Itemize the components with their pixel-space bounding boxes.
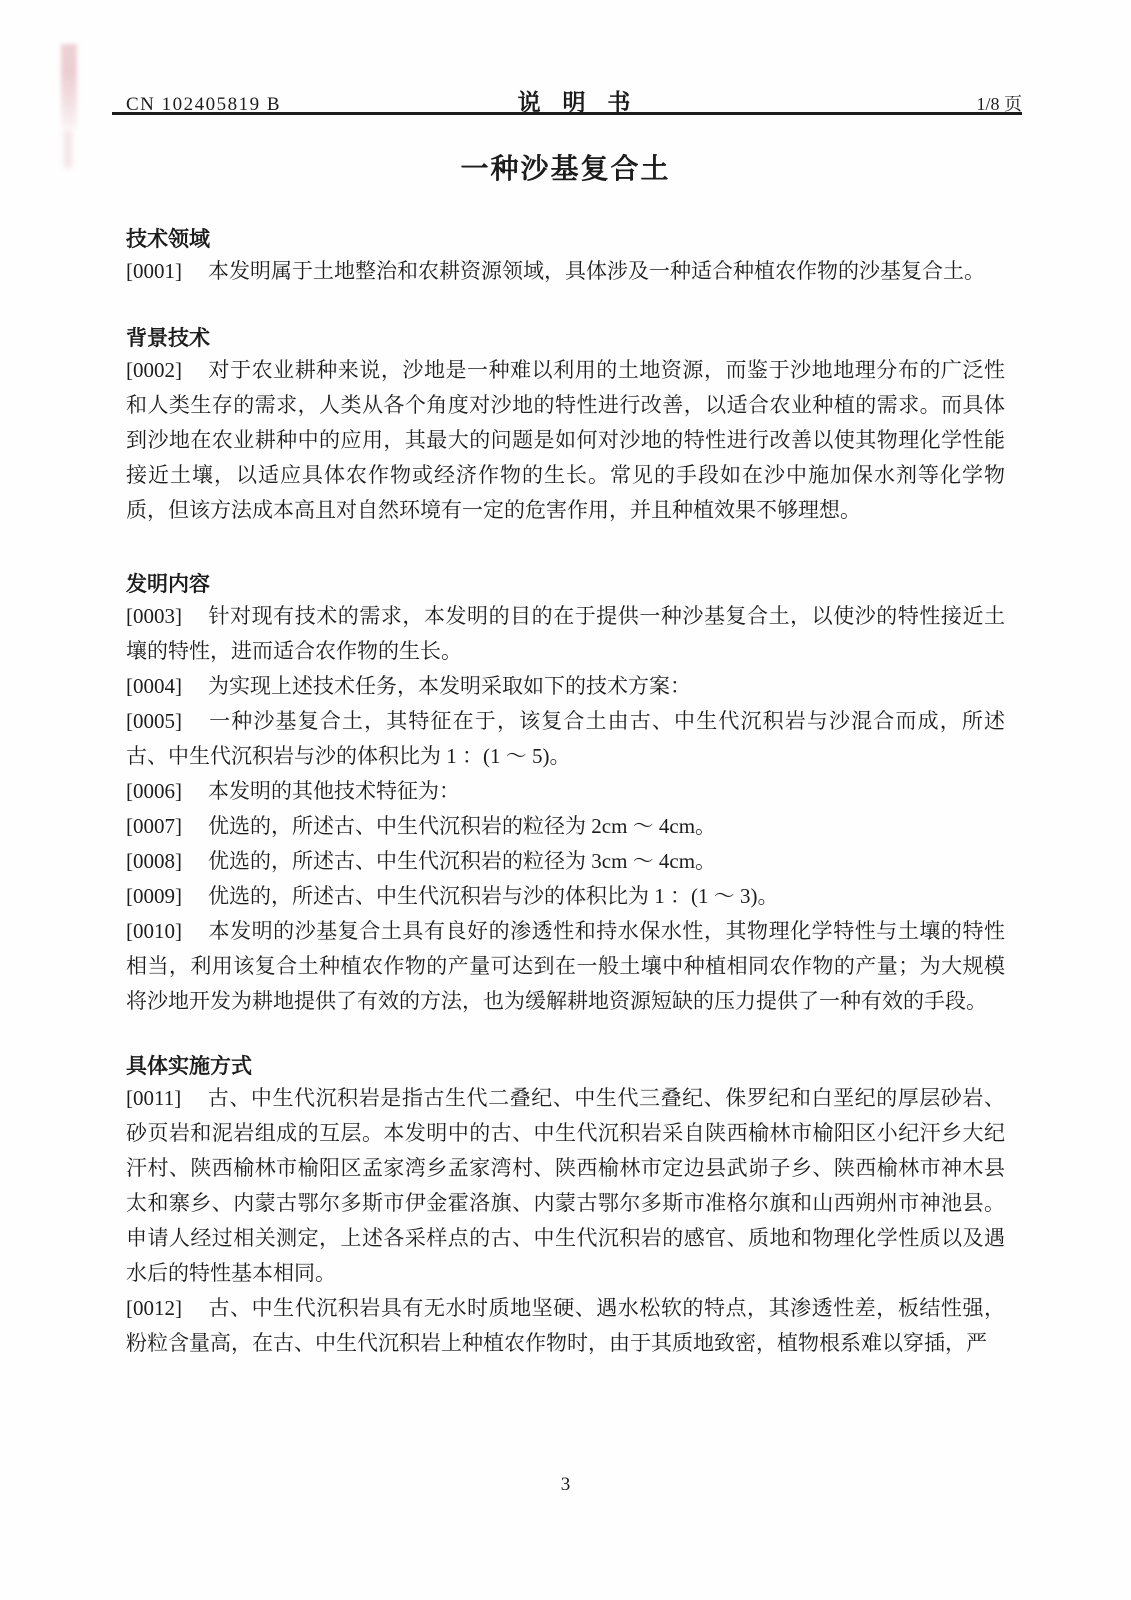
paragraph-text: 古、中生代沉积岩是指古生代二叠纪、中生代三叠纪、侏罗纪和白垩纪的厚层砂岩、砂页岩…: [126, 1086, 1005, 1285]
paragraph-number: [0012]: [126, 1296, 182, 1320]
paragraph-text: 为实现上述技术任务，本发明采取如下的技术方案：: [208, 674, 691, 698]
paragraph-number: [0009]: [126, 884, 182, 908]
header-rule: [112, 112, 1022, 115]
paragraph-number: [0002]: [126, 358, 182, 382]
paragraph-text: 对于农业耕种来说，沙地是一种难以利用的土地资源，而鉴于沙地地理分布的广泛性和人类…: [126, 358, 1005, 522]
paragraph-0004: [0004]为实现上述技术任务，本发明采取如下的技术方案：: [126, 669, 1005, 704]
section-heading-summary: 发明内容: [126, 571, 1005, 599]
paragraph-0009: [0009]优选的，所述古、中生代沉积岩与沙的体积比为 1 ：(1 ～ 3)。: [126, 879, 1005, 914]
paragraph-number: [0001]: [126, 259, 182, 283]
paragraph-0010: [0010]本发明的沙基复合土具有良好的渗透性和持水保水性，其物理化学特性与土壤…: [126, 914, 1005, 1019]
paragraph-text: 本发明的沙基复合土具有良好的渗透性和持水保水性，其物理化学特性与土壤的特性相当，…: [126, 919, 1005, 1013]
paragraph-text: 优选的，所述古、中生代沉积岩与沙的体积比为 1 ：(1 ～ 3)。: [208, 884, 778, 908]
paragraph-number: [0004]: [126, 674, 182, 698]
paragraph-0005: [0005]一种沙基复合土，其特征在于，该复合土由古、中生代沉积岩与沙混合而成，…: [126, 704, 1005, 774]
paragraph-0011: [0011]古、中生代沉积岩是指古生代二叠纪、中生代三叠纪、侏罗纪和白垩纪的厚层…: [126, 1081, 1005, 1291]
paragraph-text: 本发明的其他技术特征为：: [208, 779, 460, 803]
section-heading-embodiments: 具体实施方式: [126, 1053, 1005, 1081]
specification-body: 技术领域 [0001]本发明属于土地整治和农耕资源领域，具体涉及一种适合种植农作…: [126, 226, 1005, 1361]
paragraph-text: 优选的，所述古、中生代沉积岩的粒径为 2cm ～ 4cm。: [208, 814, 716, 838]
paragraph-text: 古、中生代沉积岩具有无水时质地坚硬、遇水松软的特点，其渗透性差，板结性强，粉粒含…: [126, 1296, 1005, 1355]
paragraph-number: [0005]: [126, 709, 182, 733]
footer-page-number: 3: [0, 1474, 1131, 1496]
paragraph-number: [0011]: [126, 1086, 181, 1110]
paragraph-0001: [0001]本发明属于土地整治和农耕资源领域，具体涉及一种适合种植农作物的沙基复…: [126, 254, 1005, 289]
section-heading-technical-field: 技术领域: [126, 226, 1005, 254]
paragraph-0006: [0006]本发明的其他技术特征为：: [126, 774, 1005, 809]
paragraph-number: [0006]: [126, 779, 182, 803]
patent-specification-page: CN 102405819 B 说明书 1/8 页 一种沙基复合土 技术领域 [0…: [0, 0, 1131, 1600]
paragraph-number: [0008]: [126, 849, 182, 873]
paragraph-number: [0003]: [126, 604, 182, 628]
paragraph-0002: [0002]对于农业耕种来说，沙地是一种难以利用的土地资源，而鉴于沙地地理分布的…: [126, 353, 1005, 528]
paragraph-text: 本发明属于土地整治和农耕资源领域，具体涉及一种适合种植农作物的沙基复合土。: [208, 259, 985, 283]
paragraph-0012: [0012]古、中生代沉积岩具有无水时质地坚硬、遇水松软的特点，其渗透性差，板结…: [126, 1291, 1005, 1361]
paragraph-number: [0010]: [126, 919, 182, 943]
paragraph-text: 针对现有技术的需求，本发明的目的在于提供一种沙基复合土，以使沙的特性接近土壤的特…: [126, 604, 1005, 663]
paragraph-text: 优选的，所述古、中生代沉积岩的粒径为 3cm ～ 4cm。: [208, 849, 716, 873]
scan-smudge-artifact: [61, 44, 77, 128]
invention-title: 一种沙基复合土: [0, 147, 1131, 187]
section-heading-background: 背景技术: [126, 325, 1005, 353]
paragraph-0008: [0008]优选的，所述古、中生代沉积岩的粒径为 3cm ～ 4cm。: [126, 844, 1005, 879]
paragraph-number: [0007]: [126, 814, 182, 838]
paragraph-0007: [0007]优选的，所述古、中生代沉积岩的粒径为 2cm ～ 4cm。: [126, 809, 1005, 844]
paragraph-text: 一种沙基复合土，其特征在于，该复合土由古、中生代沉积岩与沙混合而成，所述古、中生…: [126, 709, 1005, 768]
paragraph-0003: [0003]针对现有技术的需求，本发明的目的在于提供一种沙基复合土，以使沙的特性…: [126, 599, 1005, 669]
